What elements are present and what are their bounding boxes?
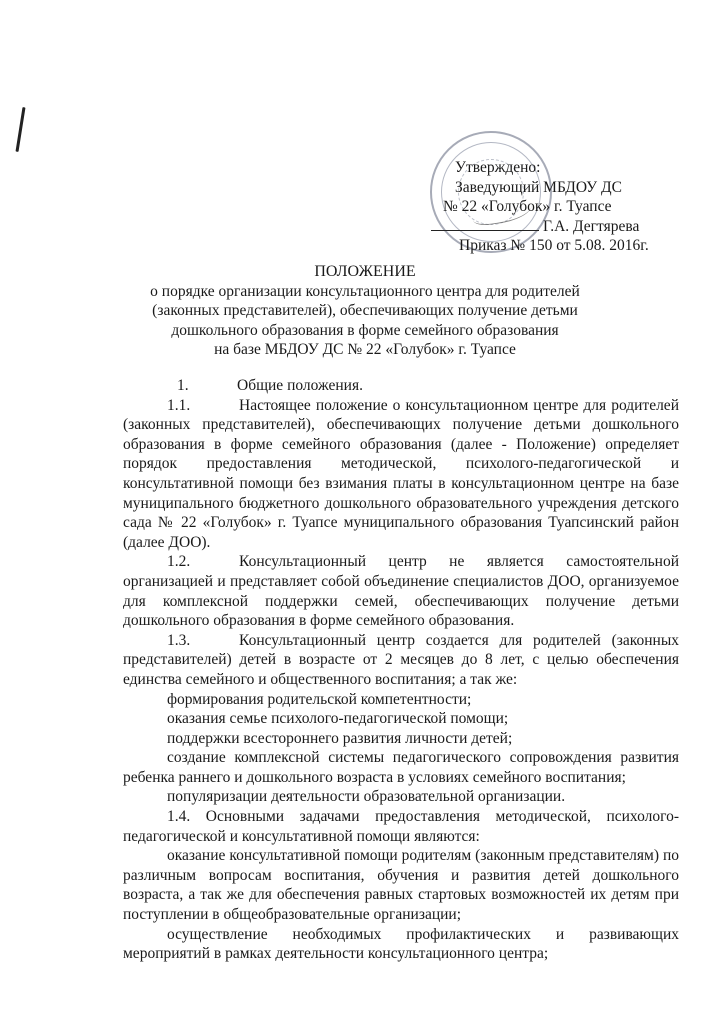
- document-title: ПОЛОЖЕНИЕ: [150, 262, 580, 282]
- list-item: поддержки всестороннего развития личност…: [123, 729, 679, 749]
- paragraph-text: Настоящее положение о консультационном ц…: [123, 397, 679, 551]
- approval-label: Утверждено:: [455, 158, 649, 178]
- section-number: 1.: [177, 376, 237, 396]
- approval-signature-line: Г.А. Дегтярева: [451, 217, 649, 237]
- list-item: оказания семье психолого-педагогической …: [123, 709, 679, 729]
- subtitle-line-1: о порядке организации консультационного …: [150, 282, 580, 302]
- paragraph-number: 1.2.: [167, 552, 239, 572]
- subtitle-line-2: (законных представителей), обеспечивающи…: [150, 301, 580, 321]
- document-body: 1.Общие положения. 1.1.Настоящее положен…: [123, 376, 679, 964]
- list-item: популяризации деятельности образовательн…: [123, 787, 679, 807]
- paragraph-number: 1.1.: [167, 396, 239, 416]
- section-title: Общие положения.: [237, 377, 363, 394]
- list-item: осуществление необходимых профилактическ…: [123, 925, 679, 964]
- list-item: оказание консультативной помощи родителя…: [123, 846, 679, 924]
- list-item: формирования родительской компетентности…: [123, 690, 679, 710]
- margin-pen-mark: [15, 107, 25, 152]
- approval-position: Заведующий МБДОУ ДС: [455, 178, 649, 198]
- list-item: создание комплексной системы педагогичес…: [123, 748, 679, 787]
- subtitle-line-4: на базе МБДОУ ДС № 22 «Голубок» г. Туапс…: [150, 340, 580, 360]
- paragraph-1-4: 1.4. Основными задачами предоставления м…: [123, 807, 679, 846]
- paragraph-1-1: 1.1.Настоящее положение о консультационн…: [123, 396, 679, 553]
- paragraph-1-3: 1.3.Консультационный центр создается для…: [123, 631, 679, 690]
- section-1-heading: 1.Общие положения.: [123, 376, 679, 396]
- paragraph-number: 1.3.: [167, 631, 239, 651]
- approval-block: Утверждено: Заведующий МБДОУ ДС № 22 «Го…: [455, 158, 649, 256]
- paragraph-1-2: 1.2.Консультационный центр не является с…: [123, 552, 679, 630]
- subtitle-line-3: дошкольного образования в форме семейног…: [150, 321, 580, 341]
- approval-order: Приказ № 150 от 5.08. 2016г.: [459, 236, 649, 256]
- document-title-block: ПОЛОЖЕНИЕ о порядке организации консульт…: [150, 262, 580, 360]
- approval-organization: № 22 «Голубок» г. Туапсе: [443, 197, 649, 217]
- approver-name: Г.А. Дегтярева: [543, 218, 639, 235]
- signature-underline: [431, 230, 539, 231]
